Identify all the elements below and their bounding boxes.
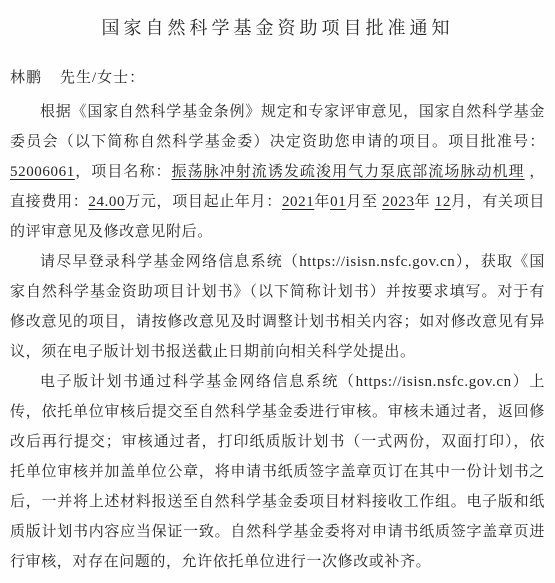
notice-document-page: 国家自然科学基金资助项目批准通知 林鹏先生/女士： 根据《国家自然科学基金条例》… (0, 0, 555, 583)
filled-in-value: 2023 (382, 194, 414, 210)
paragraph-text: ，项目名称： (75, 164, 172, 180)
filled-in-value: 12 (435, 194, 451, 210)
paragraph-text: 万元，项目起止年月： (125, 194, 282, 210)
paragraph-text: 年 (415, 194, 435, 210)
document-title: 国家自然科学基金资助项目批准通知 (10, 14, 545, 42)
filled-in-value: 2021 (282, 194, 314, 210)
filled-in-value: 振荡脉冲射流诱发疏浚用气力泵底部流场脉动机理 (172, 164, 525, 180)
recipient-honorific: 先生/女士： (60, 70, 145, 86)
paragraph-submission-instructions: 电子版计划书通过科学基金网络信息系统（https://isisn.nsfc.go… (10, 367, 545, 577)
filled-in-value: 01 (330, 194, 346, 210)
paragraph-text: 年 (314, 194, 330, 210)
filled-in-value: 24.00 (88, 194, 125, 210)
recipient-name: 林鹏 (10, 70, 42, 86)
paragraph-text: 根据《国家自然科学基金条例》规定和专家评审意见，国家自然科学基金委员会（以下简称… (10, 104, 545, 150)
filled-in-value: 52006061 (10, 164, 75, 180)
paragraph-text: 月至 (346, 194, 382, 210)
salutation-line: 林鹏先生/女士： (10, 63, 545, 93)
paragraph-login-instructions: 请尽早登录科学基金网络信息系统（https://isisn.nsfc.gov.c… (10, 247, 545, 367)
paragraph-grant-details: 根据《国家自然科学基金条例》规定和专家评审意见，国家自然科学基金委员会（以下简称… (10, 97, 545, 247)
